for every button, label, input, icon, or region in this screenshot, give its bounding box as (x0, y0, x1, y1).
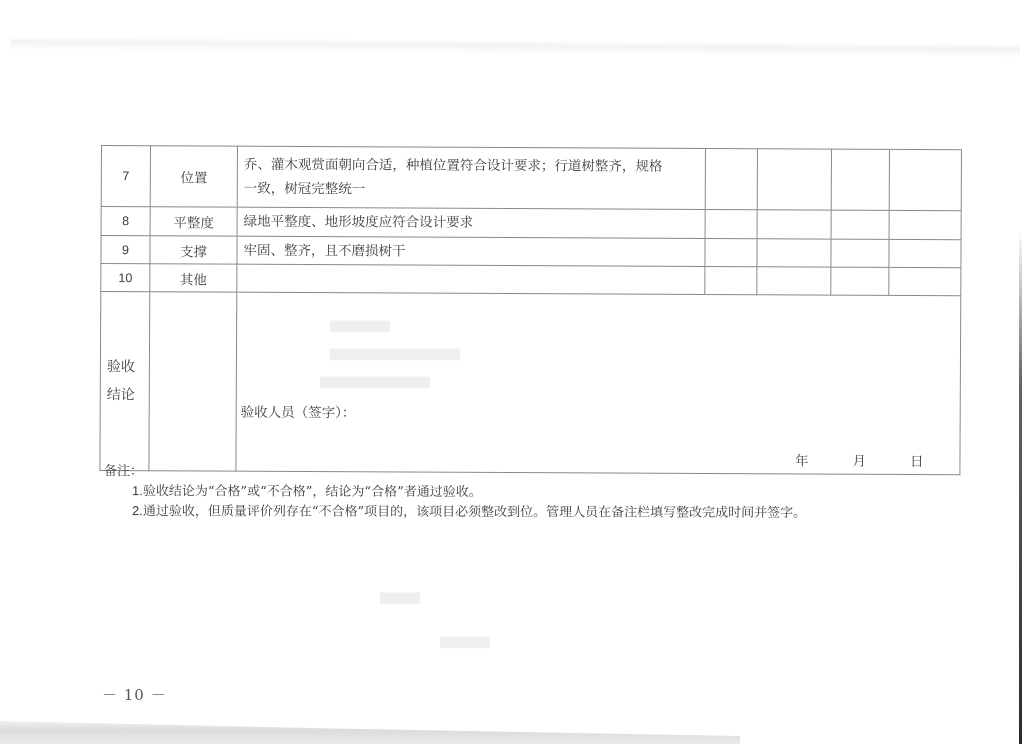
empty-cell (757, 239, 831, 267)
note-text: 验收结论为“合格”或“不合格”，结论为“合格”者通过验收。 (143, 484, 482, 500)
date-field: 年 月 日 (795, 449, 924, 470)
acceptance-table-container: 7 位置 乔、灌木观赏面朝向合适，种植位置符合设计要求；行道树整齐，规格 一致，… (99, 145, 961, 475)
empty-cell (757, 267, 831, 295)
empty-cell (831, 239, 889, 267)
bleed-through-text: ▆▆▆▆ (380, 590, 420, 605)
row-number: 8 (101, 207, 150, 236)
table-row: 10 其他 (101, 264, 961, 296)
date-month-label: 月 (852, 450, 866, 470)
scan-artifact-top (10, 36, 1020, 58)
notes-title: 备注： (104, 460, 806, 479)
empty-cell (889, 239, 961, 267)
requirement-text: 牢固、整齐，且不磨损树干 (237, 236, 705, 266)
inspection-item: 支撑 (150, 236, 237, 264)
inspection-item: 位置 (150, 146, 237, 207)
signer-label: 验收人员（签字）： (241, 401, 356, 422)
empty-cell (889, 210, 961, 239)
empty-cell (889, 267, 961, 295)
scan-artifact-right-edge (1019, 230, 1022, 744)
row-number: 10 (101, 264, 150, 292)
note-item: 1.验收结论为“合格”或“不合格”，结论为“合格”者通过验收。 (104, 481, 806, 503)
requirement-text: 乔、灌木观赏面朝向合适，种植位置符合设计要求；行道树整齐，规格 一致，树冠完整统… (237, 146, 705, 209)
row-number: 9 (101, 236, 150, 264)
scan-artifact-bottom (0, 715, 740, 744)
conclusion-label: 验收 结论 (100, 292, 150, 471)
table-row: 8 平整度 绿地平整度、地形坡度应符合设计要求 (101, 207, 961, 240)
empty-cell (889, 149, 961, 210)
empty-cell (757, 210, 831, 239)
inspection-item: 其他 (150, 264, 237, 292)
empty-cell (149, 292, 237, 471)
requirement-line: 一致，树冠完整统一 (244, 177, 699, 203)
empty-cell (831, 267, 889, 295)
note-number: 2. (132, 503, 143, 518)
requirement-text: 绿地平整度、地形坡度应符合设计要求 (237, 207, 705, 238)
table-row: 7 位置 乔、灌木观赏面朝向合适，种植位置符合设计要求；行道树整齐，规格 一致，… (101, 146, 961, 211)
bleed-through-text: ▆▆▆▆▆ (440, 634, 490, 649)
notes-section: 备注： 1.验收结论为“合格”或“不合格”，结论为“合格”者通过验收。 2.通过… (104, 460, 806, 521)
note-number: 1. (132, 483, 143, 498)
empty-cell (705, 266, 757, 294)
empty-cell (757, 149, 831, 210)
conclusion-body: 验收人员（签字）： 年 月 日 (236, 292, 961, 475)
empty-cell (831, 210, 889, 239)
requirement-text (237, 264, 705, 294)
conclusion-label-line: 结论 (107, 381, 143, 409)
row-number: 7 (101, 146, 150, 207)
empty-cell (705, 238, 757, 266)
table-row: 9 支撑 牢固、整齐，且不磨损树干 (101, 236, 961, 268)
note-text: 通过验收，但质量评价列存在“不合格”项目的，该项目必须整改到位。管理人员在备注栏… (143, 504, 806, 521)
empty-cell (705, 209, 757, 238)
note-item: 2.通过验收，但质量评价列存在“不合格”项目的，该项目必须整改到位。管理人员在备… (104, 501, 806, 523)
requirement-line: 乔、灌木观赏面朝向合适，种植位置符合设计要求；行道树整齐，规格 (244, 153, 699, 179)
inspection-item: 平整度 (150, 207, 237, 236)
empty-cell (831, 149, 889, 210)
page-number: － 10 － (102, 684, 167, 705)
conclusion-label-line: 验收 (107, 353, 143, 381)
empty-cell (705, 148, 757, 209)
conclusion-row: 验收 结论 验收人员（签字）： 年 月 日 (100, 292, 961, 475)
date-day-label: 日 (910, 450, 924, 470)
acceptance-table: 7 位置 乔、灌木观赏面朝向合适，种植位置符合设计要求；行道树整齐，规格 一致，… (99, 145, 962, 475)
